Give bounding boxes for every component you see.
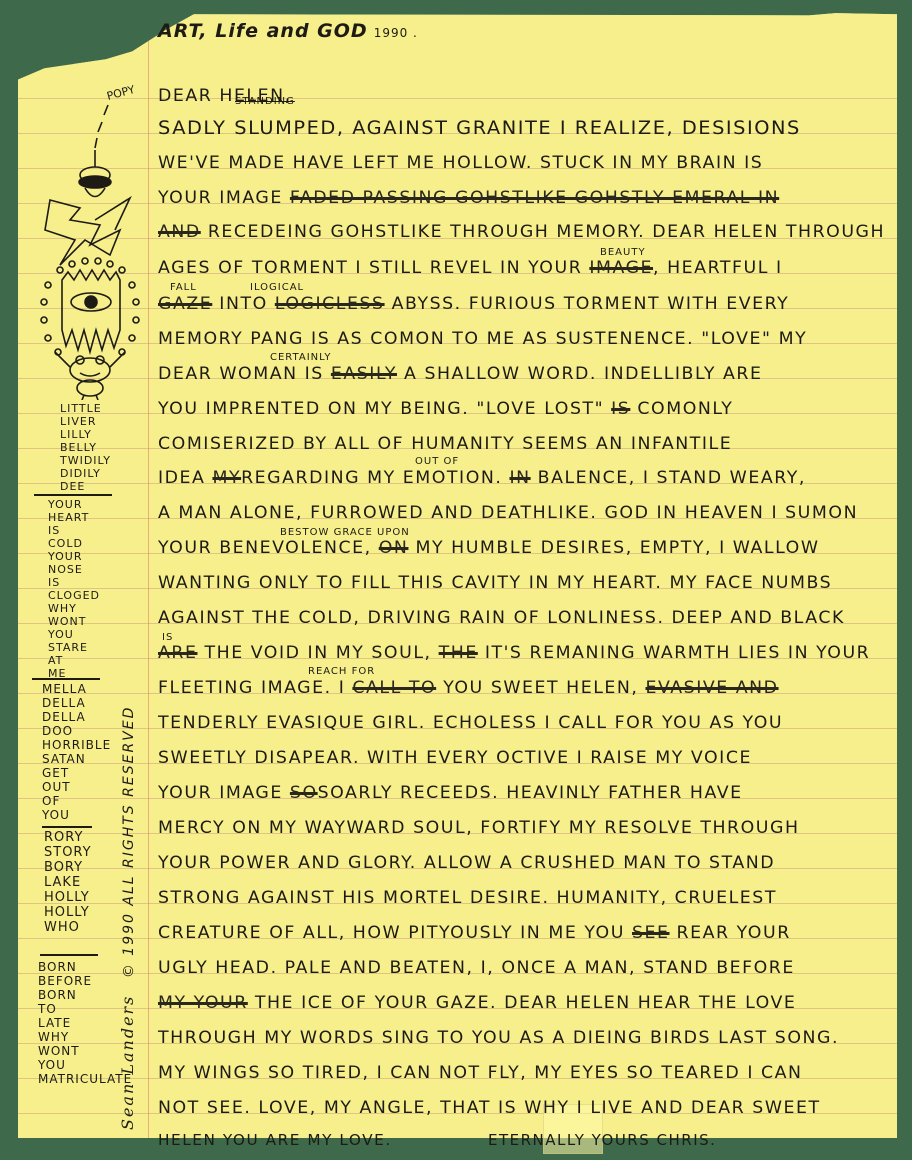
closing-line: HELEN YOU ARE MY LOVE. [158, 1131, 392, 1149]
letter-line: YOUR IMAGE FADED PASSING GOHSTLIKE GOHST… [158, 188, 779, 208]
verse-line: YOUR [48, 498, 148, 511]
struck-text: ARE [158, 643, 197, 663]
struck-text: LOGICLESS [275, 294, 385, 314]
line-text: FLEETING IMAGE. I [158, 678, 345, 698]
letter-line: WANTING ONLY TO FILL THIS CAVITY IN MY H… [158, 573, 832, 593]
letter-line: SADLY SLUMPED, AGAINST GRANITE I REALIZE… [158, 117, 801, 139]
line-text: YOU IMPRENTED ON MY BEING. "LOVE LOST" [158, 399, 604, 419]
letter-line: SWEETLY DISAPEAR. WITH EVERY OCTIVE I RA… [158, 748, 752, 768]
struck-text: THE [439, 643, 478, 663]
verse-line: TWIDILY [60, 454, 160, 467]
verse-line: HEART [48, 511, 148, 524]
struck-text: IS [611, 399, 630, 419]
letter-line: UGLY HEAD. PALE AND BEATEN, I, ONCE A MA… [158, 958, 795, 978]
verse-line: NOSE [48, 563, 148, 576]
verse-line: IS [48, 576, 148, 589]
struck-text: IN [509, 468, 530, 488]
letter-line: CREATURE OF ALL, HOW PITYOUSLY IN ME YOU… [158, 923, 791, 943]
struck-text: EASILY [331, 364, 397, 384]
line-text: THE ICE OF YOUR GAZE. DEAR HELEN HEAR TH… [255, 993, 797, 1013]
letter-line: MEMORY PANG IS AS COMON TO ME AS SUSTENE… [158, 329, 807, 349]
artist-signature: Sean Landers [118, 995, 137, 1130]
insertion-note: ILOGICAL [250, 282, 304, 293]
doodle-illustration: POPY [30, 80, 150, 400]
pop-top-icon [79, 105, 111, 197]
margin-stanza-1: LITTLE LIVER LILLY BELLY TWIDILY DIDILY … [60, 402, 160, 493]
line-text: RECEDEING GOHSTLIKE THROUGH MEMORY. DEAR… [208, 222, 885, 242]
letter-line: YOUR BENEVOLENCE, ON MY HUMBLE DESIRES, … [158, 538, 820, 558]
letter-line: NOT SEE. LOVE, MY ANGLE, THAT IS WHY I L… [158, 1098, 821, 1118]
line-text: MY HUMBLE DESIRES, EMPTY, I WALLOW [415, 538, 819, 558]
line-text: COMONLY [637, 399, 733, 419]
letter-line: AGAINST THE COLD, DRIVING RAIN OF LONLIN… [158, 608, 845, 628]
line-text: REGARDING MY EMOTION. [241, 468, 502, 488]
struck-text: SO [290, 783, 318, 803]
page-title: ART, Life and GOD1990 . [158, 20, 418, 42]
letter-line: FLEETING IMAGE. I CALL TO YOU SWEET HELE… [158, 678, 779, 698]
struck-text: CALL TO [352, 678, 436, 698]
starburst-icon [45, 198, 130, 265]
letter-line: ARE THE VOID IN MY SOUL, THE IT'S REMANI… [158, 643, 870, 663]
line-text: IT'S REMANING WARMTH LIES IN YOUR [485, 643, 870, 663]
struck-text: EVASIVE AND [645, 678, 778, 698]
verse-line: WONT [48, 615, 148, 628]
line-text: , HEARTFUL I [653, 258, 783, 278]
letter-line: MY YOUR THE ICE OF YOUR GAZE. DEAR HELEN… [158, 993, 796, 1013]
insertion-note: IS [162, 632, 173, 643]
verse-line: YOU [48, 628, 148, 641]
title-year: 1990 . [374, 26, 418, 40]
verse-divider [32, 678, 100, 680]
verse-line: BELLY [60, 441, 160, 454]
struck-text: MY [212, 468, 241, 488]
margin-stanza-2: YOUR HEART IS COLD YOUR NOSE IS CLOGED W… [48, 498, 148, 680]
line-text: ABYSS. FURIOUS TORMENT WITH EVERY [392, 294, 790, 314]
verse-line: LIVER [60, 415, 160, 428]
verse-line: YOUR [48, 550, 148, 563]
verse-line: MELLA [42, 682, 142, 696]
line-text: YOUR IMAGE [158, 783, 283, 803]
line-text: AGES OF TORMENT I STILL REVEL IN YOUR [158, 258, 582, 278]
line-text: YOUR IMAGE [158, 188, 283, 208]
line-text: INTO [219, 294, 267, 314]
letter-line: IDEA MYREGARDING MY EMOTION. IN BALENCE,… [158, 468, 806, 488]
verse-line: COLD [48, 537, 148, 550]
verse-divider [34, 494, 112, 496]
letter-line: YOUR POWER AND GLORY. ALLOW A CRUSHED MA… [158, 853, 775, 873]
struck-text: SEE [632, 923, 670, 943]
struck-text: IMAGE [589, 258, 653, 278]
line-text: IDEA [158, 468, 205, 488]
verse-divider [42, 826, 92, 828]
letter-line: WE'VE MADE HAVE LEFT ME HOLLOW. STUCK IN… [158, 153, 763, 173]
copyright-notice: Sean Landers © 1990 ALL RIGHTS RESERVED [118, 706, 137, 1130]
frog-creature-icon [55, 352, 125, 400]
letter-line: GAZE INTO LOGICLESS ABYSS. FURIOUS TORME… [158, 294, 789, 314]
letter-line: YOUR IMAGE SOSOARLY RECEEDS. HEAVINLY FA… [158, 783, 743, 803]
line-text: DEAR WOMAN IS [158, 364, 324, 384]
verse-line: WHY [48, 602, 148, 615]
letter-line: AND RECEDEING GOHSTLIKE THROUGH MEMORY. … [158, 222, 885, 242]
verse-line: AT [48, 654, 148, 667]
line-text: HELEN YOU ARE MY LOVE. [158, 1131, 392, 1149]
struck-text: AND [158, 222, 201, 242]
eye-monster-icon [62, 270, 120, 352]
insertion-note: BEAUTY [600, 247, 646, 258]
letter-line: MERCY ON MY WAYWARD SOUL, FORTIFY MY RES… [158, 818, 800, 838]
letter-line: DEAR WOMAN IS EASILY A SHALLOW WORD. IND… [158, 364, 762, 384]
struck-text: MY YOUR [158, 993, 248, 1013]
insertion-note: OUT OF [415, 456, 459, 467]
verse-line: IS [48, 524, 148, 537]
insertion-note: BESTOW GRACE UPON [280, 527, 410, 538]
insertion-note: STANDING [235, 96, 295, 107]
verse-divider [40, 954, 98, 956]
struck-text: FADED PASSING GOHSTLIKE GOHSTLY EMERAL I… [290, 188, 779, 208]
verse-line: CLOGED [48, 589, 148, 602]
verse-line: DIDILY [60, 467, 160, 480]
verse-line: LILLY [60, 428, 160, 441]
doodle-caption: POPY [105, 83, 136, 103]
letter-line: A MAN ALONE, FURROWED AND DEATHLIKE. GOD… [158, 503, 858, 523]
line-text: BALENCE, I STAND WEARY, [538, 468, 806, 488]
line-text: A SHALLOW WORD. INDELLIBLY ARE [404, 364, 762, 384]
letter-line: YOU IMPRENTED ON MY BEING. "LOVE LOST" I… [158, 399, 733, 419]
insertion-note: REACH FOR [308, 666, 375, 677]
verse-line: DEE [60, 480, 160, 493]
signoff: ETERNALLY YOURS CHRIS. [488, 1131, 716, 1149]
insertion-note: FALL [170, 282, 197, 293]
struck-text: GAZE [158, 294, 212, 314]
verse-line: LITTLE [60, 402, 160, 415]
letter-line: TENDERLY EVASIQUE GIRL. ECHOLESS I CALL … [158, 713, 783, 733]
copyright-text: © 1990 ALL RIGHTS RESERVED [121, 706, 137, 979]
verse-line: STARE [48, 641, 148, 654]
letter-line: AGES OF TORMENT I STILL REVEL IN YOUR IM… [158, 258, 783, 278]
line-text: YOUR BENEVOLENCE, [158, 538, 372, 558]
line-text: YOU SWEET HELEN, [443, 678, 638, 698]
insertion-note: CERTAINLY [270, 352, 331, 363]
line-text: CREATURE OF ALL, HOW PITYOUSLY IN ME YOU [158, 923, 625, 943]
letter-line: STRONG AGAINST HIS MORTEL DESIRE. HUMANI… [158, 888, 777, 908]
title-text: ART, Life and GOD [158, 20, 368, 42]
line-text: REAR YOUR [677, 923, 791, 943]
line-text: SOARLY RECEEDS. HEAVINLY FATHER HAVE [318, 783, 743, 803]
letter-line: MY WINGS SO TIRED, I CAN NOT FLY, MY EYE… [158, 1063, 803, 1083]
letter-line: THROUGH MY WORDS SING TO YOU AS A DIEING… [158, 1028, 839, 1048]
line-text: THE VOID IN MY SOUL, [205, 643, 432, 663]
struck-text: ON [379, 538, 409, 558]
letter-line: COMISERIZED BY ALL OF HUMANITY SEEMS AN … [158, 434, 732, 454]
